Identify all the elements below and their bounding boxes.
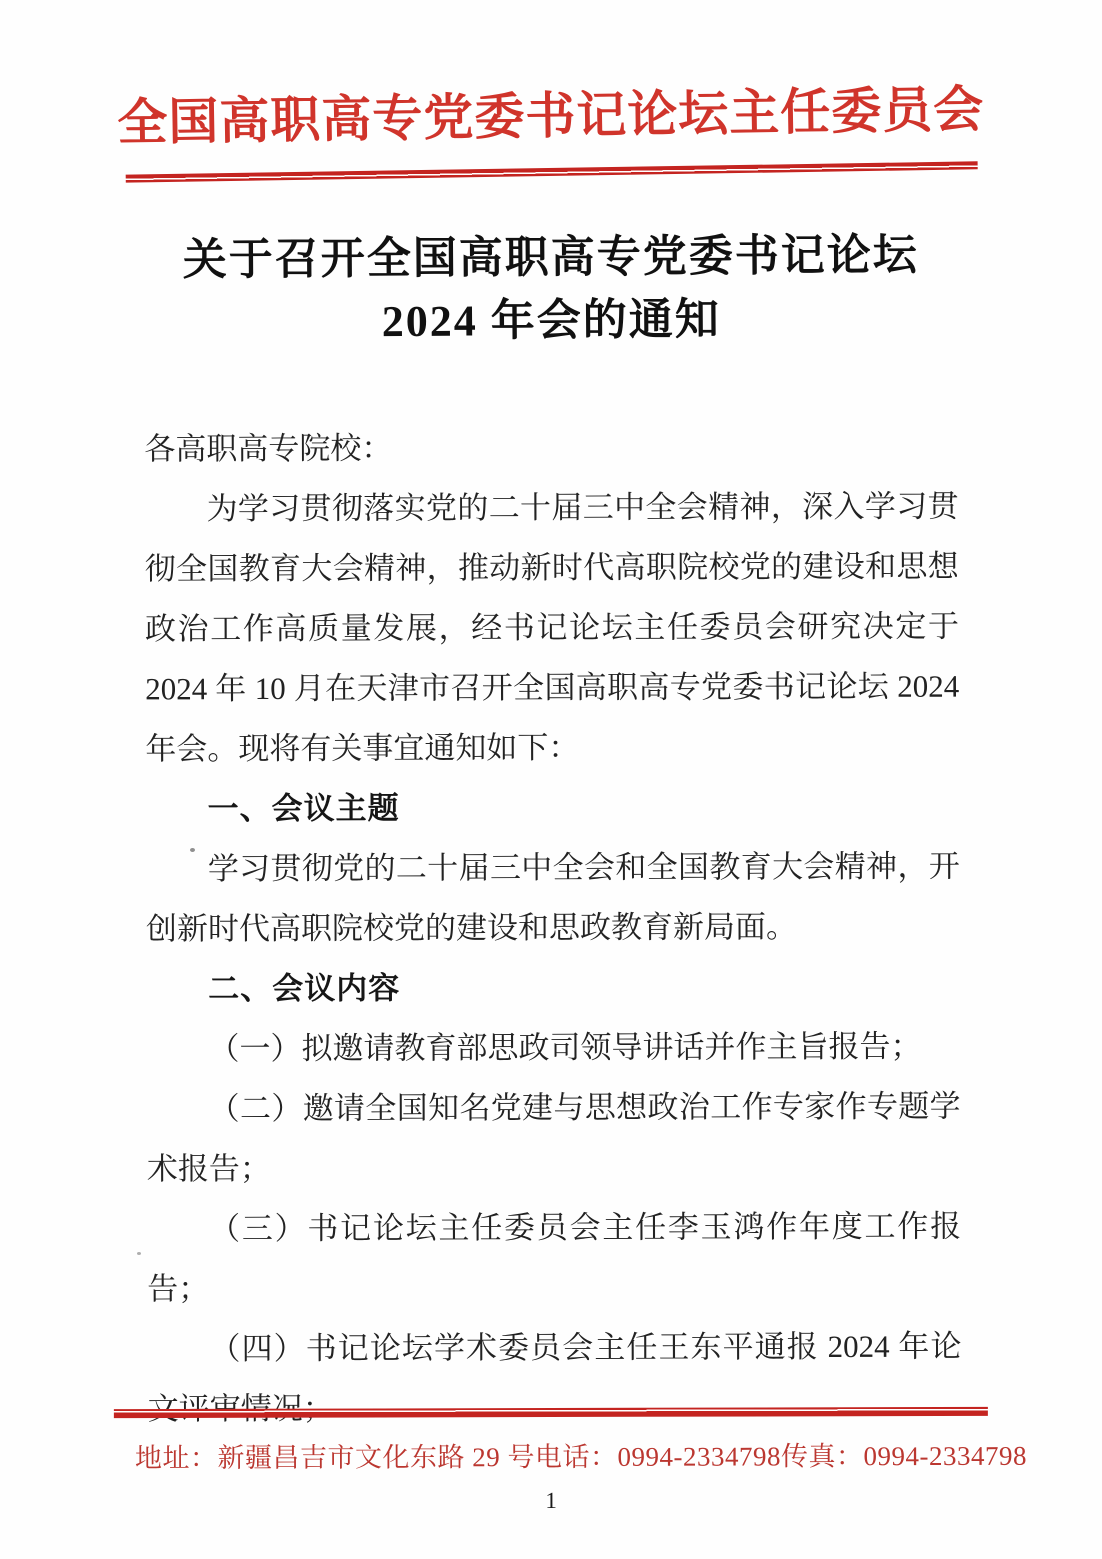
footer-fax-label: 传真： [781, 1441, 864, 1471]
document-title: 关于召开全国高职高专党委书记论坛 2024 年会的通知 [0, 222, 1102, 356]
letterhead-footer: 地址：新疆昌吉市文化东路 29 号 电话：0994-2334798 传真：099… [114, 1407, 988, 1515]
content-item-1: （一）拟邀请教育部思政司领导讲话并作主旨报告； [146, 1017, 960, 1080]
content-item-2: （二）邀请全国知名党建与思想政治工作专家作专题学术报告； [147, 1077, 961, 1200]
heading-meeting-content: 二、会议内容 [146, 957, 960, 1020]
scan-speck [137, 1252, 141, 1255]
document-title-line1: 关于召开全国高职高专党委书记论坛 [0, 222, 1102, 293]
footer-rule [114, 1407, 988, 1418]
page-number: 1 [114, 1487, 988, 1515]
footer-address-label: 地址： [135, 1443, 218, 1473]
footer-contact-info: 地址：新疆昌吉市文化东路 29 号 电话：0994-2334798 传真：099… [135, 1434, 965, 1475]
document-title-line2: 2024 年会的通知 [0, 285, 1102, 356]
footer-fax: 传真：0994-2334798 [781, 1434, 1027, 1474]
document-body: 各高职高专院校： 为学习贯彻落实党的二十届三中全会精神，深入学习贯彻全国教育大会… [144, 417, 962, 1440]
paragraph-theme: 学习贯彻党的二十届三中全会和全国教育大会精神，开创新时代高职院校党的建设和思政教… [146, 837, 960, 960]
footer-address: 地址：新疆昌吉市文化东路 29 号 [135, 1435, 535, 1475]
content-item-3: （三）书记论坛主任委员会主任李玉鸿作年度工作报告； [147, 1197, 961, 1320]
letterhead: 全国高职高专党委书记论坛主任委员会 [0, 71, 1102, 184]
document-page: 全国高职高专党委书记论坛主任委员会 关于召开全国高职高专党委书记论坛 2024 … [0, 0, 1102, 1559]
scan-speck [190, 848, 195, 852]
footer-phone: 电话：0994-2334798 [535, 1434, 781, 1474]
organization-name: 全国高职高专党委书记论坛主任委员会 [0, 71, 1102, 160]
footer-phone-label: 电话： [535, 1442, 618, 1472]
heading-meeting-theme: 一、会议主题 [145, 777, 959, 840]
footer-address-value: 新疆昌吉市文化东路 29 号 [217, 1442, 535, 1473]
salutation: 各高职高专院校： [144, 417, 958, 480]
letterhead-rule [126, 161, 978, 182]
paragraph-opening: 为学习贯彻落实党的二十届三中全会精神，深入学习贯彻全国教育大会精神，推动新时代高… [144, 477, 959, 780]
footer-fax-value: 0994-2334798 [863, 1441, 1027, 1471]
footer-phone-value: 0994-2334798 [617, 1441, 781, 1471]
